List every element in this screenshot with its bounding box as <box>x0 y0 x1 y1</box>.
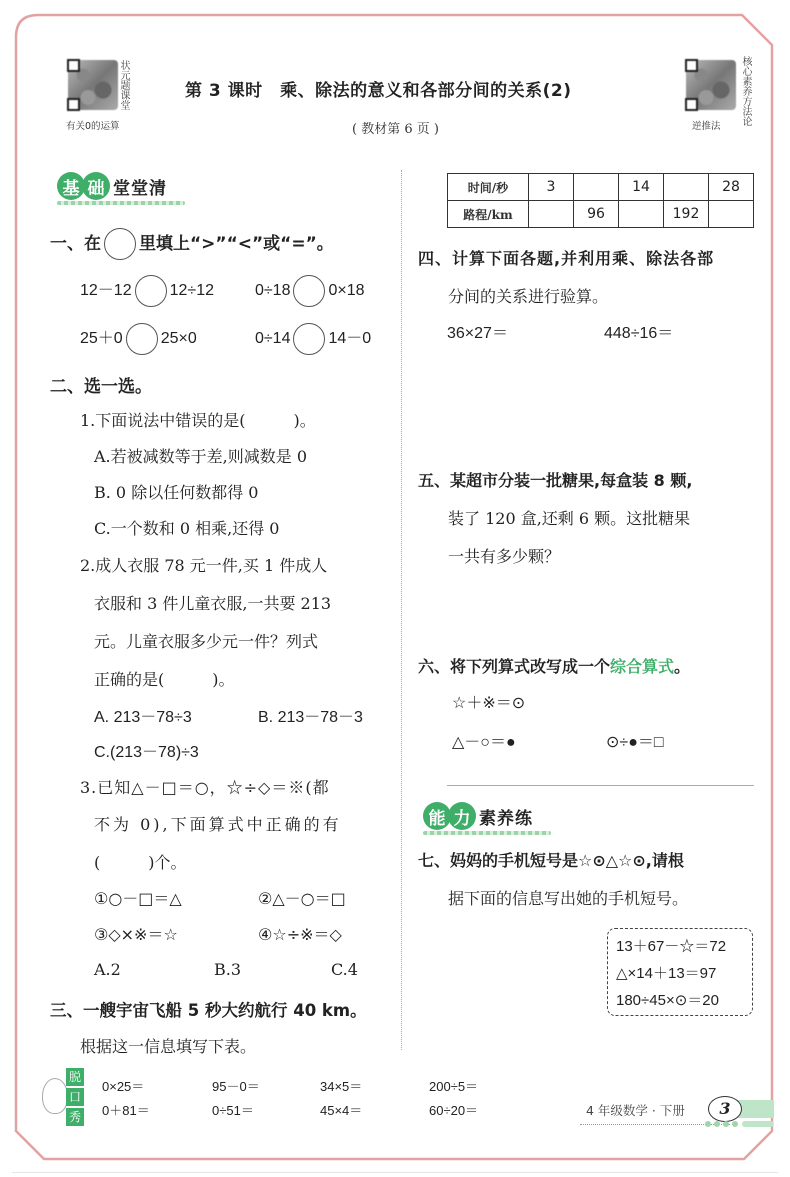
question-2-heading: 二、选一选。 <box>50 372 152 397</box>
symbol-expression: ☆＋※＝⊙ <box>452 690 525 713</box>
compare-right: 25×0 <box>161 330 197 347</box>
question-4-line: 分间的关系进行验算。 <box>448 284 608 307</box>
q2-1-option-c[interactable]: C.一个数和 0 相乘,还得 0 <box>94 516 279 539</box>
oral-item: 60÷20＝ <box>429 1100 478 1119</box>
compare-item: 0÷180×18 <box>255 275 365 307</box>
time-distance-table: 时间/秒 3 14 28 路程/km 96 192 <box>447 173 754 228</box>
q2-3-statement: ④☆÷※＝◇ <box>258 922 342 945</box>
badge-char: 基 <box>57 172 85 200</box>
row-header: 路程/km <box>448 201 529 228</box>
table-cell[interactable] <box>664 174 709 201</box>
section-separator <box>447 785 754 786</box>
oral-practice-badge: 脱 口 秀 <box>66 1068 84 1128</box>
question-1-heading: 一、在里填上“>”“<”或“=”。 <box>50 228 334 260</box>
qr-left-side-label: 状元题课堂 <box>118 60 129 110</box>
q2-2-stem-line: 衣服和 3 件儿童衣服,一共要 213 <box>94 591 331 614</box>
table-cell[interactable]: 192 <box>664 201 709 228</box>
answer-circle[interactable] <box>126 323 158 355</box>
qr-code-right[interactable] <box>686 60 736 110</box>
section-badge-basic: 基 础 堂堂清 <box>57 172 167 200</box>
question-5-line: 一共有多少颗？ <box>448 544 560 567</box>
oral-item: 0÷51＝ <box>212 1100 254 1119</box>
compare-left: 25＋0 <box>80 330 123 347</box>
page-number: 3 <box>708 1096 742 1122</box>
q2-2-option-c[interactable]: C.(213－78)÷3 <box>94 739 199 762</box>
hint-line: △×14＋13＝97 <box>616 962 716 983</box>
oral-item: 34×5＝ <box>320 1076 362 1095</box>
table-cell[interactable]: 14 <box>619 174 664 201</box>
dot-decoration <box>714 1121 720 1127</box>
hint-line: 180÷45×⊙＝20 <box>616 989 719 1010</box>
q6-highlight: 综合算式 <box>610 657 674 676</box>
badge-char: 秀 <box>66 1108 84 1126</box>
answer-circle[interactable] <box>293 323 325 355</box>
calc-expression: 448÷16＝ <box>604 320 673 343</box>
oral-item: 95－0＝ <box>212 1076 260 1095</box>
q2-1-option-a[interactable]: A.若被减数等于差,则减数是 0 <box>94 444 307 467</box>
q2-3-stem-line: ( )个。 <box>94 850 187 873</box>
dot-decoration <box>705 1121 711 1127</box>
lesson-title: 第 3 课时 乘、除法的意义和各部分间的关系(2) <box>185 76 572 101</box>
grass-decoration <box>423 831 551 835</box>
badge-char: 脱 <box>66 1068 84 1086</box>
q6-suffix: 。 <box>674 657 690 676</box>
blank-circle-icon <box>104 228 136 260</box>
compare-item: 12－1212÷12 <box>80 275 214 307</box>
bottom-rule <box>12 1172 778 1173</box>
question-3-line: 三、一艘宇宙飞船 5 秒大约航行 40 km。 <box>50 997 367 1021</box>
compare-left: 0÷14 <box>255 330 290 347</box>
compare-left: 0÷18 <box>255 282 290 299</box>
oral-item: 0＋81＝ <box>102 1100 150 1119</box>
q2-3-statement: ③◇×※＝☆ <box>94 922 178 945</box>
table-row: 时间/秒 3 14 28 <box>448 174 754 201</box>
answer-circle[interactable] <box>293 275 325 307</box>
compare-item: 25＋025×0 <box>80 323 197 355</box>
table-cell[interactable]: 3 <box>529 174 574 201</box>
q2-3-stem-line: 3.已知△－□＝○，☆÷◇＝※(都 <box>80 775 330 798</box>
row-header: 时间/秒 <box>448 174 529 201</box>
q2-2-option-b[interactable]: B. 213－78－3 <box>258 704 363 727</box>
lesson-subtitle: ( 教材第 6 页 ) <box>352 118 439 137</box>
q2-3-stem-line: 不为 0),下面算式中正确的有 <box>94 812 342 835</box>
compare-right: 0×18 <box>328 282 364 299</box>
table-cell[interactable]: 96 <box>574 201 619 228</box>
q2-3-option-b[interactable]: B.3 <box>214 960 241 979</box>
oral-item: 200÷5＝ <box>429 1076 478 1095</box>
question-7-line: 七、妈妈的手机短号是☆⊙△☆⊙,请根 <box>418 848 684 871</box>
badge-char: 能 <box>423 802 451 830</box>
qr-code-left[interactable] <box>68 60 118 110</box>
compare-item: 0÷1414－0 <box>255 323 371 355</box>
question-4-line: 四、计算下面各题,并利用乘、除法各部 <box>418 246 714 269</box>
qr-right-side-label: 核心素养方法论 <box>740 56 751 126</box>
q2-2-stem-line: 正确的是( )。 <box>94 667 235 690</box>
badge-char: 础 <box>82 172 110 200</box>
q2-2-stem-line: 元。儿童衣服多少元一件？列式 <box>94 629 318 652</box>
q2-2-option-a[interactable]: A. 213－78÷3 <box>94 704 192 727</box>
q2-3-option-c[interactable]: C.4 <box>331 960 358 979</box>
q2-3-statement: ②△－○＝□ <box>258 886 346 909</box>
q2-2-stem-line: 2.成人衣服 78 元一件,买 1 件成人 <box>80 553 327 576</box>
q2-3-option-a[interactable]: A.2 <box>94 960 121 979</box>
dot-decoration <box>723 1121 729 1127</box>
question-7-line: 据下面的信息写出她的手机短号。 <box>448 886 688 909</box>
table-cell[interactable] <box>619 201 664 228</box>
table-cell[interactable] <box>574 174 619 201</box>
question-3-line: 根据这一信息填写下表。 <box>80 1034 256 1057</box>
mascot-icon <box>42 1078 68 1114</box>
book-label: 4 年级数学 · 下册 <box>586 1101 685 1119</box>
q1-suffix: 里填上“>”“<”或“=”。 <box>139 234 334 254</box>
compare-left: 12－12 <box>80 282 132 299</box>
compare-right: 12÷12 <box>170 282 214 299</box>
badge-char: 力 <box>448 802 476 830</box>
q6-prefix: 六、将下列算式改写成一个 <box>418 657 610 676</box>
table-cell[interactable] <box>529 201 574 228</box>
compare-right: 14－0 <box>328 330 371 347</box>
q2-3-statement: ①○－□＝△ <box>94 886 182 909</box>
bar-decoration <box>742 1121 774 1127</box>
badge-label: 素养练 <box>479 804 533 829</box>
q2-1-option-b[interactable]: B. 0 除以任何数都得 0 <box>94 480 258 503</box>
badge-label: 堂堂清 <box>113 174 167 199</box>
qr-left-caption: 有关0的运算 <box>66 118 120 132</box>
table-cell[interactable]: 28 <box>709 174 754 201</box>
dot-decoration <box>732 1121 738 1127</box>
symbol-expression: ⊙÷●＝□ <box>606 729 664 752</box>
column-divider <box>401 170 402 1050</box>
q1-prefix: 一、在 <box>50 234 101 254</box>
oral-item: 0×25＝ <box>102 1076 144 1095</box>
hint-line: 13＋67－☆＝72 <box>616 935 726 956</box>
badge-char: 口 <box>66 1088 84 1106</box>
qr-right-caption: 逆推法 <box>692 118 721 132</box>
symbol-expression: △－○＝● <box>452 729 516 752</box>
table-row: 路程/km 96 192 <box>448 201 754 228</box>
oral-item: 45×4＝ <box>320 1100 362 1119</box>
question-5-line: 装了 120 盒,还剩 6 颗。这批糖果 <box>448 506 690 529</box>
question-6-heading: 六、将下列算式改写成一个综合算式。 <box>418 654 690 677</box>
q2-1-stem: 1.下面说法中错误的是( )。 <box>80 408 316 431</box>
hint-box: 13＋67－☆＝72 △×14＋13＝97 180÷45×⊙＝20 <box>607 928 753 1016</box>
question-5-line: 五、某超市分装一批糖果,每盒装 8 颗, <box>418 468 692 491</box>
table-cell[interactable] <box>709 201 754 228</box>
answer-circle[interactable] <box>135 275 167 307</box>
calc-expression: 36×27＝ <box>447 320 508 343</box>
section-badge-ability: 能 力 素养练 <box>423 802 533 830</box>
grass-decoration <box>57 201 185 205</box>
